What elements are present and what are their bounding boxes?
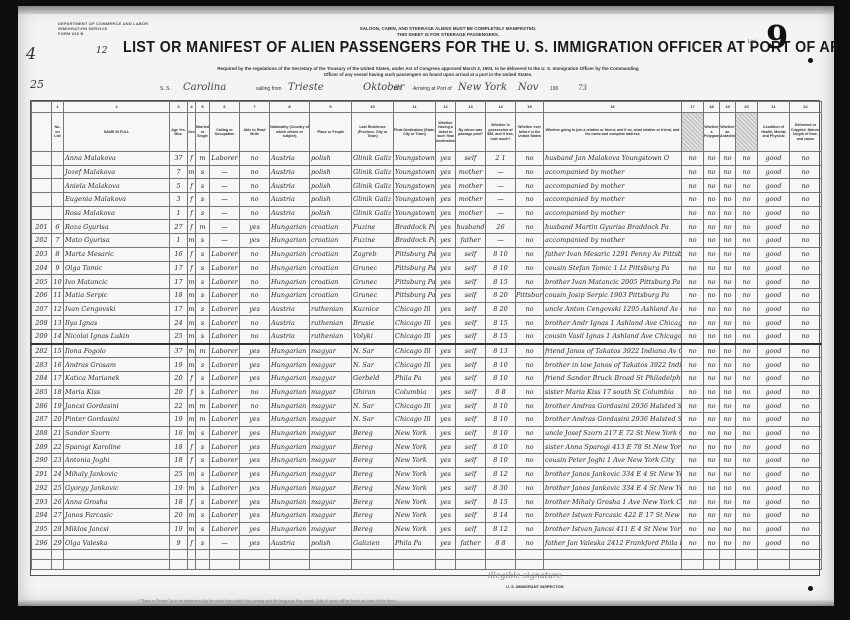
header-ticket: Whether having a ticket to such final de… [436, 113, 456, 152]
stamp-col-2-cell: no [736, 152, 758, 166]
ticket-cell: yes [436, 316, 456, 330]
empty-cell [720, 549, 736, 559]
last-residence-cell: N. Sar [352, 413, 394, 427]
read-write-cell: no [240, 385, 270, 399]
col-num: 9 [310, 102, 352, 113]
col-num: 13 [456, 102, 486, 113]
table-row: 28215Ilona Fogolo37mmLaboreryesHungarian… [32, 344, 822, 358]
ticket-cell: yes [436, 536, 456, 550]
line-number-cell: 283 [32, 358, 52, 372]
passage-paid-cell: self [456, 440, 486, 454]
health-cell: good [758, 454, 790, 468]
read-write-cell: no [240, 288, 270, 302]
ticket-cell: yes [436, 193, 456, 207]
nationality-cell: Hungarian [270, 413, 310, 427]
passenger-name-cell: Anna Grosha [64, 495, 170, 509]
married-single-cell: s [196, 302, 210, 316]
nationality-cell: Hungarian [270, 358, 310, 372]
before-in-us-cell: no [516, 152, 544, 166]
header-married: Married or Single [196, 113, 210, 152]
ticket-cell: yes [436, 467, 456, 481]
relative-or-friend-cell: accompanied by mother [544, 165, 682, 179]
empty-cell [790, 549, 822, 559]
scan-edge-bottom [18, 600, 834, 606]
anarchist-cell: no [720, 522, 736, 536]
polygamist-cell: no [704, 193, 720, 207]
married-single-cell: s [196, 247, 210, 261]
polygamist-cell: no [704, 426, 720, 440]
list-number-cell: 27 [52, 508, 64, 522]
table-row: 2038Marta Mesaric16fsLaborernoHungarianc… [32, 247, 822, 261]
stamp-col-1-cell: no [682, 220, 704, 234]
married-single-cell: s [196, 358, 210, 372]
read-write-cell: yes [240, 426, 270, 440]
anarchist-cell: no [720, 152, 736, 166]
list-number-cell: 22 [52, 440, 64, 454]
header-polygamist: Whether a Polygamist [704, 113, 720, 152]
married-single-cell: m [196, 399, 210, 413]
race-cell: magyar [310, 344, 352, 358]
relative-or-friend-cell: brother Janos Jankovic 334 E 4 St New Yo… [544, 481, 682, 495]
nationality-cell: Hungarian [270, 495, 310, 509]
married-single-cell: m [196, 152, 210, 166]
race-cell: magyar [310, 399, 352, 413]
deformed-cell: no [790, 454, 822, 468]
race-cell: polish [310, 165, 352, 179]
before-in-us-cell: no [516, 399, 544, 413]
destination-cell: New York [394, 522, 436, 536]
anarchist-cell: no [720, 193, 736, 207]
health-cell: good [758, 426, 790, 440]
married-single-cell: s [196, 329, 210, 343]
table-row: 2049Olga Tomic17fsLaborernoHungariancroa… [32, 261, 822, 275]
table-row: 20813Ilya Ignas24msLaborernoAustriaruthe… [32, 316, 822, 330]
last-residence-cell: Bereg [352, 454, 394, 468]
passage-paid-cell: self [456, 495, 486, 509]
anarchist-cell: no [720, 413, 736, 427]
passenger-name-cell: Ilya Ignas [64, 316, 170, 330]
stamp-col-2-cell: no [736, 454, 758, 468]
header-list-number: No. on List [52, 113, 64, 152]
deformed-cell: no [790, 536, 822, 550]
health-cell: good [758, 247, 790, 261]
punch-hole [808, 58, 813, 63]
anarchist-cell: no [720, 247, 736, 261]
health-cell: good [758, 193, 790, 207]
age-cell: 18 [170, 440, 188, 454]
last-residence-cell: Bereg [352, 508, 394, 522]
passage-paid-cell: self [456, 454, 486, 468]
race-cell: magyar [310, 440, 352, 454]
occupation-cell: Laborer [210, 288, 240, 302]
relative-or-friend-cell: friend Janos of Takatos 3922 Indiana Av … [544, 344, 682, 358]
read-write-cell: no [240, 165, 270, 179]
empty-cell [720, 559, 736, 569]
voyage-line: S. S. Carolina sailing from Trieste Okto… [88, 84, 808, 98]
table-row: 20712Ivan Cengovski17msLaboreryesAustria… [32, 302, 822, 316]
relative-or-friend-cell: brother Istvan Farcasic 422 E 17 St New … [544, 508, 682, 522]
sex-cell: m [188, 344, 196, 358]
deformed-cell: no [790, 522, 822, 536]
col-num: 5 [196, 102, 210, 113]
anarchist-cell: no [720, 385, 736, 399]
health-cell: good [758, 152, 790, 166]
last-residence-cell: Glinik Galiz [352, 206, 394, 220]
nationality-cell: Austria [270, 165, 310, 179]
line-number-cell: 292 [32, 481, 52, 495]
occupation-cell: Laborer [210, 481, 240, 495]
destination-cell: Youngstown O [394, 165, 436, 179]
race-cell: polish [310, 206, 352, 220]
last-residence-cell: Galizien [352, 536, 394, 550]
anarchist-cell: no [720, 454, 736, 468]
read-write-cell: yes [240, 467, 270, 481]
header-deformed: Deformed or Crippled. Nature, length of … [790, 113, 822, 152]
empty-cell [486, 549, 516, 559]
money-cell: 8 20 [486, 302, 516, 316]
empty-cell [436, 549, 456, 559]
year-suffix-1: 190 [393, 86, 401, 92]
col-num: 15 [516, 102, 544, 113]
stamp-col-2-cell: no [736, 179, 758, 193]
relative-or-friend-cell: accompanied by mother [544, 179, 682, 193]
col-num: 10 [352, 102, 394, 113]
destination-cell: Youngstown O [394, 179, 436, 193]
line-number-cell: 203 [32, 247, 52, 261]
empty-cell [736, 559, 758, 569]
passenger-name-cell: Nicolai Ignas Lukin [64, 329, 170, 343]
col-num [32, 102, 52, 113]
destination-cell: Braddock Pa [394, 234, 436, 248]
line-number-cell [32, 152, 52, 166]
married-single-cell: s [196, 206, 210, 220]
before-in-us-cell: no [516, 329, 544, 343]
ticket-cell: yes [436, 329, 456, 343]
anarchist-cell: no [720, 372, 736, 386]
empty-cell [270, 559, 310, 569]
ticket-cell: yes [436, 385, 456, 399]
relative-or-friend-cell: father Jan Valeska 2412 Frankford Phila … [544, 536, 682, 550]
list-number-cell [52, 193, 64, 207]
deformed-cell: no [790, 165, 822, 179]
list-number-cell: 12 [52, 302, 64, 316]
age-cell: 1 [170, 206, 188, 220]
passage-paid-cell: father [456, 536, 486, 550]
empty-cell [52, 559, 64, 569]
list-number-cell: 10 [52, 275, 64, 289]
read-write-cell: yes [240, 372, 270, 386]
list-number-cell: 13 [52, 316, 64, 330]
occupation-cell: Laborer [210, 467, 240, 481]
table-row: 28619Jancsi Gordasini22mmLaborernoHungar… [32, 399, 822, 413]
polygamist-cell: no [704, 508, 720, 522]
ticket-cell: yes [436, 179, 456, 193]
stamp-col-2-cell: no [736, 344, 758, 358]
age-cell: 3 [170, 193, 188, 207]
stamp-col-1-cell: no [682, 440, 704, 454]
age-cell: 20 [170, 372, 188, 386]
relative-or-friend-cell: cousin Vasil Ignas 1 Ashland Ave Chicago… [544, 329, 682, 343]
empty-cell [310, 559, 352, 569]
last-residence-cell: Kuznice [352, 302, 394, 316]
deformed-cell: no [790, 220, 822, 234]
last-residence-cell: Grunec [352, 288, 394, 302]
last-residence-cell: Bereg [352, 440, 394, 454]
money-cell: — [486, 165, 516, 179]
col-num: 8 [270, 102, 310, 113]
destination-cell: Phila Pa [394, 536, 436, 550]
passage-paid-cell: mother [456, 193, 486, 207]
ticket-cell: yes [436, 399, 456, 413]
header-nationality: Nationality (Country of which citizen or… [270, 113, 310, 152]
race-cell: polish [310, 152, 352, 166]
table-row: 28922Sparogi Karoline18fsLaboreryesHunga… [32, 440, 822, 454]
header-race: *Race or People [310, 113, 352, 152]
money-cell: 8 8 [486, 385, 516, 399]
arriving-label: Arriving at Port of [413, 86, 452, 92]
passenger-name-cell: Ivan Cengovski [64, 302, 170, 316]
occupation-cell: Laborer [210, 302, 240, 316]
married-single-cell: s [196, 372, 210, 386]
age-cell: 1 [170, 234, 188, 248]
ticket-cell: yes [436, 302, 456, 316]
nationality-cell: Hungarian [270, 288, 310, 302]
read-write-cell: no [240, 206, 270, 220]
age-cell: 19 [170, 413, 188, 427]
health-cell: good [758, 179, 790, 193]
deformed-cell: no [790, 316, 822, 330]
empty-cell [310, 549, 352, 559]
money-cell: 8 10 [486, 440, 516, 454]
polygamist-cell: no [704, 288, 720, 302]
money-cell: 8 10 [486, 413, 516, 427]
destination-cell: New York [394, 454, 436, 468]
race-cell: magyar [310, 495, 352, 509]
nationality-cell: Hungarian [270, 275, 310, 289]
line-number-cell [32, 193, 52, 207]
relative-or-friend-cell: sister Maria Kiss 17 south St Columbia [544, 385, 682, 399]
passage-paid-cell: self [456, 385, 486, 399]
money-cell: 8 20 [486, 288, 516, 302]
money-cell: 8 10 [486, 247, 516, 261]
stamp-col-1-cell: no [682, 372, 704, 386]
relative-or-friend-cell: uncle Josef Szorn 217 E 72 St New York C… [544, 426, 682, 440]
destination-cell: Youngstown O [394, 152, 436, 166]
read-write-cell: yes [240, 344, 270, 358]
relative-or-friend-cell: brother Ivan Matancic 2005 Pittsburg Pa [544, 275, 682, 289]
passage-paid-cell: self [456, 302, 486, 316]
occupation-cell: Laborer [210, 399, 240, 413]
last-residence-cell: Glinik Galiz [352, 152, 394, 166]
margin-mark-1: 4 [26, 44, 36, 63]
stamp-col-2-cell: no [736, 193, 758, 207]
stamp-col-1-cell: no [682, 179, 704, 193]
passage-paid-cell: self [456, 467, 486, 481]
passage-paid-cell: self [456, 261, 486, 275]
sex-cell: m [188, 165, 196, 179]
polygamist-cell: no [704, 302, 720, 316]
empty-cell [32, 559, 52, 569]
passage-paid-cell: self [456, 372, 486, 386]
scan-edge-top [18, 6, 834, 14]
passage-paid-cell: self [456, 426, 486, 440]
ticket-cell: yes [436, 413, 456, 427]
deformed-cell: no [790, 413, 822, 427]
ticket-cell: yes [436, 481, 456, 495]
list-number-cell [52, 165, 64, 179]
nationality-cell: Hungarian [270, 481, 310, 495]
destination-cell: Chicago Ill [394, 399, 436, 413]
ticket-cell: yes [436, 522, 456, 536]
header-sex: Sex [188, 113, 196, 152]
before-in-us-cell: no [516, 413, 544, 427]
money-cell: 8 13 [486, 344, 516, 358]
destination-cell: Columbia [394, 385, 436, 399]
last-residence-cell: Bereg [352, 426, 394, 440]
passenger-name-cell: Sparogi Karoline [64, 440, 170, 454]
polygamist-cell: no [704, 440, 720, 454]
passenger-name-cell: Rosa Malakova [64, 206, 170, 220]
arriving-date: Nov [518, 82, 538, 93]
occupation-cell: Laborer [210, 329, 240, 343]
list-number-cell: 20 [52, 413, 64, 427]
anarchist-cell: no [720, 344, 736, 358]
ticket-cell: yes [436, 288, 456, 302]
required-line-2: Officer of any vessel having such passen… [78, 72, 778, 78]
stamp-col-1-cell: no [682, 508, 704, 522]
stamp-col-1-cell: no [682, 247, 704, 261]
sex-cell: f [188, 261, 196, 275]
list-number-cell: 25 [52, 481, 64, 495]
last-residence-cell: Fuzine [352, 220, 394, 234]
married-single-cell: s [196, 261, 210, 275]
passage-paid-cell: self [456, 316, 486, 330]
before-in-us-cell: no [516, 467, 544, 481]
empty-cell [170, 559, 188, 569]
read-write-cell: no [240, 399, 270, 413]
before-in-us-cell: no [516, 165, 544, 179]
list-number-cell: 29 [52, 536, 64, 550]
married-single-cell: s [196, 481, 210, 495]
list-number-cell: 7 [52, 234, 64, 248]
read-write-cell: no [240, 152, 270, 166]
column-header-row: No. on List NAME IN FULL Age Yrs. Mos. S… [32, 113, 822, 152]
col-num: 17 [682, 102, 704, 113]
deformed-cell: no [790, 152, 822, 166]
health-cell: good [758, 316, 790, 330]
passenger-name-cell: Andras Grosam [64, 358, 170, 372]
money-cell: 26 [486, 220, 516, 234]
line-number-cell: 208 [32, 316, 52, 330]
header-stamp-2 [736, 113, 758, 152]
sex-cell: m [188, 481, 196, 495]
passenger-name-cell: Jancsi Gordasini [64, 399, 170, 413]
age-cell: 19 [170, 522, 188, 536]
before-in-us-cell: no [516, 247, 544, 261]
money-cell: 8 12 [486, 522, 516, 536]
list-number-cell: 15 [52, 344, 64, 358]
deformed-cell: no [790, 234, 822, 248]
ticket-cell: yes [436, 426, 456, 440]
last-residence-cell: N. Sar [352, 358, 394, 372]
relative-or-friend-cell: brother in law Janos of Takatos 3922 Ind… [544, 358, 682, 372]
nationality-cell: Austria [270, 329, 310, 343]
ticket-cell: yes [436, 372, 456, 386]
race-cell: ruthenian [310, 316, 352, 330]
relative-or-friend-cell: accompanied by mother [544, 234, 682, 248]
stamp-col-2-cell: no [736, 481, 758, 495]
occupation-cell: — [210, 234, 240, 248]
table-row: 29528Miklos Jancsi19msLaboreryesHungaria… [32, 522, 822, 536]
header-anarchist: Whether an Anarchist [720, 113, 736, 152]
passenger-name-cell: Maria Kiss [64, 385, 170, 399]
polygamist-cell: no [704, 495, 720, 509]
stamp-col-2-cell: no [736, 372, 758, 386]
passage-paid-cell: self [456, 481, 486, 495]
read-write-cell: no [240, 247, 270, 261]
margin-mark-3: 25 [30, 78, 44, 91]
deformed-cell: no [790, 481, 822, 495]
col-num: 20 [736, 102, 758, 113]
health-cell: good [758, 220, 790, 234]
deformed-cell: no [790, 399, 822, 413]
deformed-cell: no [790, 179, 822, 193]
anarchist-cell: no [720, 234, 736, 248]
married-single-cell: s [196, 165, 210, 179]
health-cell: good [758, 467, 790, 481]
stamp-col-2-cell: no [736, 288, 758, 302]
line-number-cell: 286 [32, 399, 52, 413]
list-number-cell: 28 [52, 522, 64, 536]
last-residence-cell: N. Sar [352, 344, 394, 358]
nationality-cell: Hungarian [270, 399, 310, 413]
polygamist-cell: no [704, 179, 720, 193]
passenger-name-cell: Miklos Jancsi [64, 522, 170, 536]
last-residence-cell: Bereg [352, 522, 394, 536]
sex-cell: f [188, 495, 196, 509]
line-number-cell: 294 [32, 508, 52, 522]
before-in-us-cell: no [516, 344, 544, 358]
relative-or-friend-cell: husband Jan Malakova Youngstown O [544, 152, 682, 166]
money-cell: — [486, 193, 516, 207]
relative-or-friend-cell: cousin Stefan Tomic 1 Lt Pittsburg Pa [544, 261, 682, 275]
age-cell: 16 [170, 426, 188, 440]
passenger-name-cell: Ilona Fogolo [64, 344, 170, 358]
line-number-cell: 288 [32, 426, 52, 440]
stamp-col-1-cell: no [682, 288, 704, 302]
sex-cell: f [188, 206, 196, 220]
nationality-cell: Hungarian [270, 220, 310, 234]
stamp-col-2-cell: no [736, 385, 758, 399]
passenger-name-cell: Anna Malakova [64, 152, 170, 166]
line-number-cell: 287 [32, 413, 52, 427]
page-title: LIST OR MANIFEST OF ALIEN PASSENGERS FOR… [123, 39, 712, 57]
list-number-cell [52, 206, 64, 220]
col-num: 6 [210, 102, 240, 113]
polygamist-cell: no [704, 165, 720, 179]
line-number-cell: 209 [32, 329, 52, 343]
race-cell: polish [310, 193, 352, 207]
before-in-us-cell: no [516, 220, 544, 234]
destination-cell: Chicago Ill [394, 302, 436, 316]
sex-cell: m [188, 288, 196, 302]
deformed-cell: no [790, 372, 822, 386]
margin-mark-2: 12 [96, 46, 107, 56]
empty-cell [436, 559, 456, 569]
table-row: 20611Matia Serpic18msLaborernoHungarianc… [32, 288, 822, 302]
col-num: 7 [240, 102, 270, 113]
before-in-us-cell: no [516, 261, 544, 275]
